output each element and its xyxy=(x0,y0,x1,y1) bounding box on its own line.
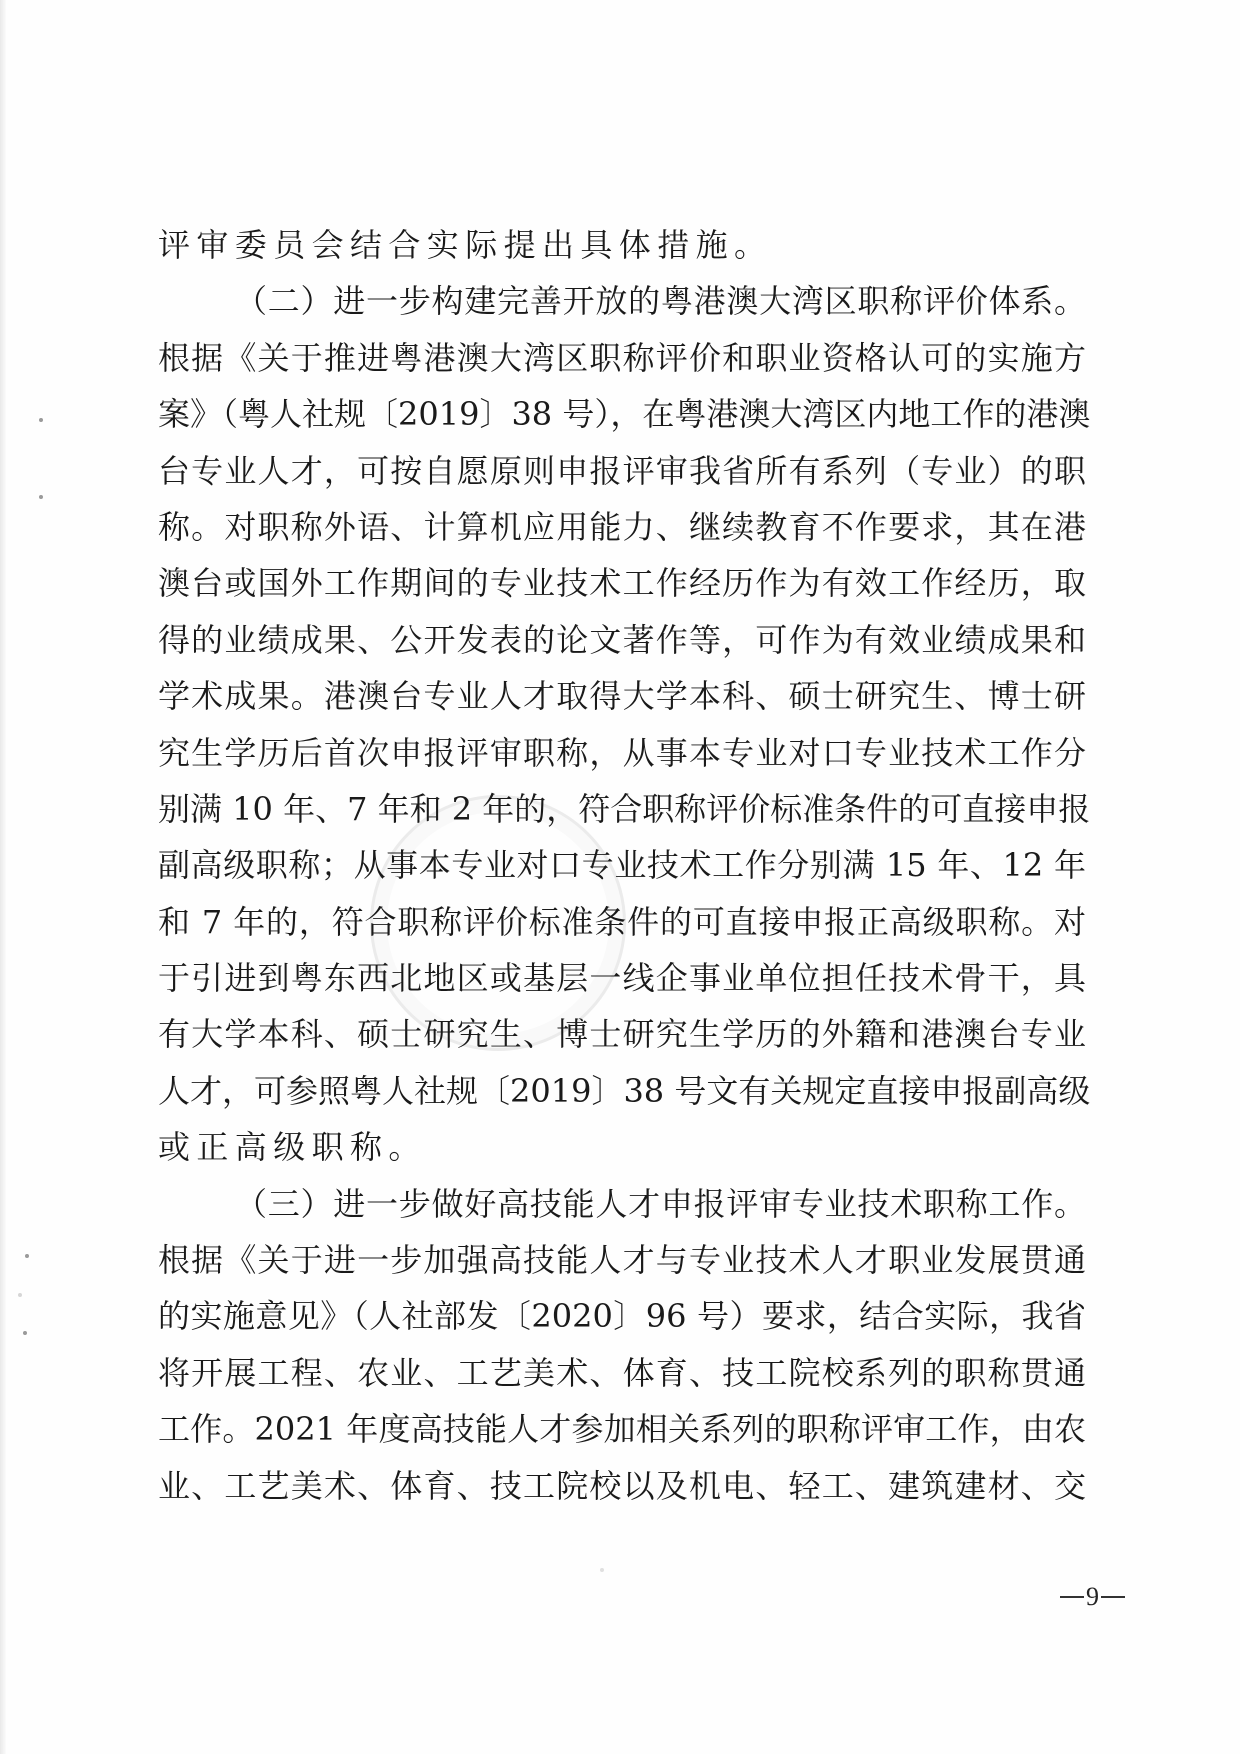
body-text: 评审委员会结合实际提出具体措施。 （二）进一步构建完善开放的粤港澳大湾区职称评价… xyxy=(158,217,1086,1514)
text-line: 和 7 年的，符合职称评价标准条件的可直接申报正高级职称。对 xyxy=(158,894,1086,950)
text-line: 有大学本科、硕士研究生、博士研究生学历的外籍和港澳台专业 xyxy=(158,1006,1086,1062)
footer-dash-right xyxy=(1101,1596,1125,1598)
text-line: 学术成果。港澳台专业人才取得大学本科、硕士研究生、博士研 xyxy=(158,668,1086,724)
section-heading-3: （三）进一步做好高技能人才申报评审专业技术职称工作。 xyxy=(158,1176,1086,1232)
text-line: 根据《关于推进粤港澳大湾区职称评价和职业资格认可的实施方 xyxy=(158,330,1086,386)
text-line: 根据《关于进一步加强高技能人才与专业技术人才职业发展贯通 xyxy=(158,1232,1086,1288)
text-line: 人才，可参照粤人社规〔2019〕38 号文有关规定直接申报副高级 xyxy=(158,1063,1086,1119)
text-line: 于引进到粤东西北地区或基层一线企事业单位担任技术骨干，具 xyxy=(158,950,1086,1006)
text-line: 得的业绩成果、公开发表的论文著作等，可作为有效业绩成果和 xyxy=(158,612,1086,668)
text-line: 的实施意见》（人社部发〔2020〕96 号）要求，结合实际，我省 xyxy=(158,1288,1086,1344)
section-heading-2: （二）进一步构建完善开放的粤港澳大湾区职称评价体系。 xyxy=(158,273,1086,329)
text-line: 评审委员会结合实际提出具体措施。 xyxy=(158,217,1086,273)
text-line: 澳台或国外工作期间的专业技术工作经历作为有效工作经历，取 xyxy=(158,555,1086,611)
page-number: 9 xyxy=(1086,1582,1099,1612)
text-line: 台专业人才，可按自愿原则申报评审我省所有系列（专业）的职 xyxy=(158,443,1086,499)
text-line: 称。对职称外语、计算机应用能力、继续教育不作要求，其在港 xyxy=(158,499,1086,555)
binding-hole-dot xyxy=(39,495,43,499)
binding-hole-dot xyxy=(600,1568,604,1572)
text-line: 副高级职称；从事本专业对口专业技术工作分别满 15 年、12 年 xyxy=(158,837,1086,893)
text-line: 别满 10 年、7 年和 2 年的，符合职称评价标准条件的可直接申报 xyxy=(158,781,1086,837)
text-line: 案》（粤人社规〔2019〕38 号），在粤港澳大湾区内地工作的港澳 xyxy=(158,386,1086,442)
text-line: 工作。2021 年度高技能人才参加相关系列的职称评审工作，由农 xyxy=(158,1401,1086,1457)
text-line: 究生学历后首次申报评审职称，从事本专业对口专业技术工作分 xyxy=(158,725,1086,781)
page-footer: 9 xyxy=(1060,1582,1125,1612)
text-line: 或正高级职称。 xyxy=(158,1119,1086,1175)
document-page: 评审委员会结合实际提出具体措施。 （二）进一步构建完善开放的粤港澳大湾区职称评价… xyxy=(0,0,1240,1754)
binding-hole-dot xyxy=(23,1331,27,1335)
text-line: 将开展工程、农业、工艺美术、体育、技工院校系列的职称贯通 xyxy=(158,1345,1086,1401)
scan-edge-shadow xyxy=(0,0,6,1754)
binding-hole-dot xyxy=(18,1293,22,1297)
binding-hole-dot xyxy=(39,418,43,422)
binding-hole-dot xyxy=(25,1254,29,1258)
text-line: 业、工艺美术、体育、技工院校以及机电、轻工、建筑建材、交 xyxy=(158,1458,1086,1514)
footer-dash-left xyxy=(1060,1596,1084,1598)
